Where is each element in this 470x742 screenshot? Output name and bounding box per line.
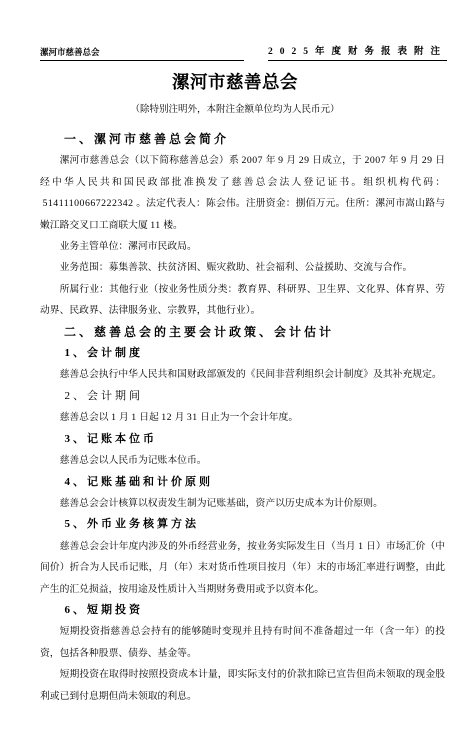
supervisor-paragraph: 业务主管单位：漯河市民政局。	[40, 236, 445, 257]
sub-6-paragraph-1: 短期投资指慈善总会持有的能够随时变现并且持有时间不准备超过一年（含一年）的投资，…	[40, 621, 445, 664]
header-org-name: 漯河市慈善总会	[40, 47, 244, 61]
document-body: 一、漯河市慈善总会简介漯河市慈善总会（以下简称慈善总会）系2007年9月29日成…	[40, 129, 445, 707]
header-report-title: 2025年度财务报表附注	[268, 47, 447, 61]
sub-1-paragraph: 慈善总会执行中华人民共和国财政部颁发的《民间非营利组织会计制度》及其补充规定。	[40, 364, 445, 385]
section-1-heading: 一、漯河市慈善总会简介	[40, 129, 445, 150]
sub-2-heading: 2、会计期间	[40, 386, 445, 407]
section-2-heading: 二、慈善总会的主要会计政策、会计估计	[40, 322, 445, 343]
sub-4-heading: 4、记账基础和计价原则	[40, 472, 445, 493]
sub-4-paragraph: 慈善总会会计核算以权责发生制为记账基础，资产以历史成本为计价原则。	[40, 493, 445, 514]
sub-5-heading: 5、外币业务核算方法	[40, 514, 445, 535]
sub-5-paragraph: 慈善总会会计年度内涉及的外币经营业务，按业务实际发生日（当月1日）市场汇价（中间…	[40, 536, 445, 600]
industry-paragraph: 所属行业：其他行业（按业务性质分类：教育界、科研界、卫生界、文化界、体育界、劳动…	[40, 279, 445, 322]
sub-3-heading: 3、记账本位币	[40, 429, 445, 450]
document-title: 漯河市慈善总会	[0, 70, 470, 94]
page-header: 漯河市慈善总会 2025年度财务报表附注	[40, 47, 447, 61]
sub-6-paragraph-2: 短期投资在取得时按照投资成本计量，即实际支付的价款扣除已宣告但尚未领取的现金股利…	[40, 664, 445, 707]
intro-paragraph: 漯河市慈善总会（以下简称慈善总会）系2007年9月29日成立，于2007年9月2…	[40, 150, 445, 236]
document-subtitle: （除特别注明外，本附注金额单位均为人民币元）	[0, 104, 470, 117]
sub-2-paragraph: 慈善总会以1月1日起12月31日止为一个会计年度。	[40, 407, 445, 428]
sub-1-heading: 1、会计制度	[40, 343, 445, 364]
sub-3-paragraph: 慈善总会以人民币为记账本位币。	[40, 450, 445, 471]
sub-6-heading: 6、短期投资	[40, 600, 445, 621]
business-scope-paragraph: 业务范围：募集善款、扶贫济困、赈灾救助、社会福利、公益援助、交流与合作。	[40, 257, 445, 278]
report-page: 漯河市慈善总会 2025年度财务报表附注 漯河市慈善总会 （除特别注明外，本附注…	[0, 0, 470, 742]
